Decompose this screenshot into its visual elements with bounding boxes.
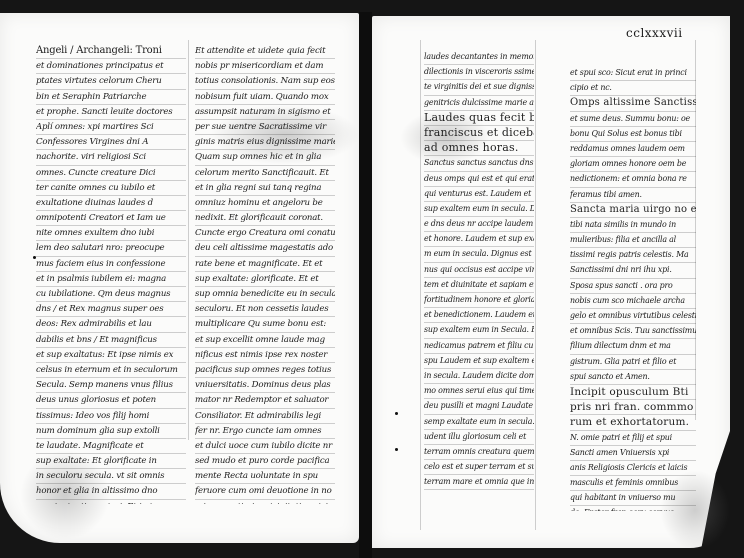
text-line: mulieribus: filia et ancilla al: [570, 233, 696, 248]
text-line: sup omnia benedicite eu in secula: [195, 287, 335, 302]
text-line: deos: Rex admirabilis et lau: [36, 317, 186, 332]
text-line: m eum in secula. Dignus est ag: [424, 247, 534, 262]
right-page-column-1: laudes decantantes in memoria dilectioni…: [424, 50, 534, 490]
text-line: vniuersitatis. Dominus deus plas: [195, 378, 335, 393]
text-line: omniuz hominu et angeloru be: [195, 196, 335, 211]
text-line: omnipotenti creatori. Et in terra: [36, 500, 186, 504]
left-page-column-1: Angeli / Archangeli: Troni et domination…: [36, 44, 186, 504]
text-line: et sup exaltatus: Et ipse nimis ex: [36, 348, 186, 363]
text-line: et sume deus. Summu bonu: oe: [570, 112, 696, 127]
text-line: fortitudinem honore et gloriam: [424, 293, 534, 308]
text-line: et benedictionem. Laudem et: [424, 308, 534, 323]
text-line: sed mudo et puro corde pacifica: [195, 454, 335, 469]
text-line: dabilis et bns / Et magnificus: [36, 333, 186, 348]
text-line: in secula. Laudem dicite domino: [424, 369, 534, 384]
text-line: Angeli / Archangeli: Troni: [36, 44, 186, 59]
text-line: filium dilectum dnm et ma: [570, 339, 696, 354]
text-line: sup exaltate: Et glorificate in: [36, 454, 186, 469]
text-line: Aplí omnes: xpi martires Sci: [36, 120, 186, 135]
text-line: sup exaltem eum in secula. Dign: [424, 202, 534, 217]
text-line: et honore. Laudem et sup exalte: [424, 232, 534, 247]
text-line: omnes. Cuncte creature Dici: [36, 166, 186, 181]
text-line: gelo et omnibus virtutibus celestibus: [570, 309, 696, 324]
text-line: Quam sup omnes hic et in glia: [195, 150, 335, 165]
text-line: deus unus gloriosus et poten: [36, 393, 186, 408]
text-line: nedixit. Et glorificauit coronat.: [195, 211, 335, 226]
incipit-heading: Incipit opusculum Bti: [570, 385, 696, 400]
text-line: anis Religiosis Clericis et laicis: [570, 461, 696, 476]
text-line: udent illu gloriosum celi et: [424, 430, 534, 445]
text-line: nedictionem: et omnia bona re: [570, 172, 696, 187]
text-line: genitricis dulcissime marie ame: [424, 96, 534, 111]
text-line: N. omie patri et filij et spui: [570, 431, 696, 446]
text-line: sup exaltate: glorificate. Et et: [195, 272, 335, 287]
text-line: deu pusilli et magni Laudate eu: [424, 399, 534, 414]
text-line: feruore cum omi deuotione in no: [195, 484, 335, 499]
text-line: assumpsit naturam in sigismo et: [195, 105, 335, 120]
text-line: Consiliator. Et admirabilis legi: [195, 409, 335, 424]
text-line: reddamus omnes laudem oem: [570, 142, 696, 157]
text-line: sup exaltem eum in Secula. Be: [424, 323, 534, 338]
text-line: spu Laudem et sup exaltem eu: [424, 354, 534, 369]
text-line: nificus est nimis ipse rex noster: [195, 348, 335, 363]
text-line: deus omps qui est et qui erat et: [424, 172, 534, 187]
text-line: Sanctissimi dni nri ihu xpi.: [570, 263, 696, 278]
text-line: rate bene et magnificate. Et et: [195, 257, 335, 272]
ruling-line: [420, 40, 421, 530]
ruling-line: [535, 40, 536, 530]
text-line: nobisum fuit uiam. Quando mox: [195, 90, 335, 105]
text-line: omnipotenti Creatori et Iam ue: [36, 211, 186, 226]
text-line: mus faciem eius in confessione: [36, 257, 186, 272]
text-line: bonu Qui Solus est bonus tibi: [570, 127, 696, 142]
text-line: et omnibus Scis. Tuu sanctissimu: [570, 324, 696, 339]
text-line: cu iubilatione. Qm deus magnus: [36, 287, 186, 302]
text-line: nedicamus patrem et filiu cu Sco: [424, 339, 534, 354]
text-line: mo omnes serui eius qui timet: [424, 384, 534, 399]
text-line: masculis et feminis omnibus: [570, 476, 696, 491]
text-line: celorum merito Sanctificauit. Et: [195, 166, 335, 181]
text-line: nobis cum sco michaele archa: [570, 294, 696, 309]
text-line: per sue uentre Sacratissime vir: [195, 120, 335, 135]
text-line: tem et diuinitate et sapiam et: [424, 278, 534, 293]
section-initial-line: Omps altissime Sanctissime: [570, 96, 696, 111]
text-line: in seculoru secula. vt sit omnis: [36, 469, 186, 484]
text-line: lem deo salutari nro: preocupe: [36, 241, 186, 256]
text-line: te virginitis dei et sue dignissime: [424, 80, 534, 95]
text-line: qui habitant in vniuerso mu: [570, 491, 696, 506]
text-line: tissimi regis patris celestis. Ma: [570, 248, 696, 263]
text-line: e dns deus nr accipe laudem glia: [424, 217, 534, 232]
text-line: Sposa spus sancti . ora pro: [570, 279, 696, 294]
text-line: dns / et Rex magnus super oes: [36, 302, 186, 317]
text-line: Confessores Virgines dni A: [36, 135, 186, 150]
text-line: ginis matris eius dignissime marie: [195, 135, 335, 150]
text-line: do. Frater fran eoru seruus: [570, 506, 696, 511]
text-line: nobis pr misericordiam et dam: [195, 59, 335, 74]
text-line: gloriam omnes honore oem be: [570, 157, 696, 172]
text-line: et prophe. Sancti leuite doctores: [36, 105, 186, 120]
text-line: mine sanctissime trinitatis patris: [195, 500, 335, 504]
book-gutter: [359, 12, 372, 558]
text-line: laudes decantantes in memoria: [424, 50, 534, 65]
text-line: et dominationes principatus et: [36, 59, 186, 74]
text-line: deu celi altissime magestatis ado: [195, 241, 335, 256]
text-line: semp exaltate eum in secula. La: [424, 415, 534, 430]
text-line: et dulci uoce cum iubilo dicite nr: [195, 439, 335, 454]
text-line: mente Recta uoluntate in spu: [195, 469, 335, 484]
text-line: bin et Seraphin Patriarche: [36, 90, 186, 105]
text-line: et in glia regni sui tanq regina: [195, 181, 335, 196]
text-line: honor et glia in altissimo dno: [36, 484, 186, 499]
text-line: celo est et super terram et subtus: [424, 460, 534, 475]
text-line: Et attendite et uidete quia fecit: [195, 44, 335, 59]
text-line: et spui sco: Sicut erat in princi: [570, 66, 696, 81]
text-line: dilectionis in visceroris ssime ama: [424, 65, 534, 80]
incipit-heading: pris nri fran. commmo: [570, 400, 696, 415]
text-line: exultatione diuinas laudes d: [36, 196, 186, 211]
rubric-heading: ad omnes horas.: [424, 141, 534, 156]
text-line: spui sancto et Amen.: [570, 370, 696, 385]
incipit-heading: rum et exhortatorum.: [570, 415, 696, 430]
text-line: ptates virtutes celorum Cheru: [36, 74, 186, 89]
section-initial-line: Sancta maria uirgo no est: [570, 203, 696, 218]
text-line: Cuncte ergo Creatura omi conatu: [195, 226, 335, 241]
text-line: te laudate. Magnificate et: [36, 439, 186, 454]
text-line: celsus in eternum et in seculorum: [36, 363, 186, 378]
text-line: Sanctus sanctus sanctus dns: [424, 156, 534, 171]
right-page-column-2: et spui sco: Sicut erat in princi cipio …: [570, 66, 696, 511]
text-line: mator nr Redemptor et saluator: [195, 393, 335, 408]
text-line: qui venturus est. Laudem et: [424, 187, 534, 202]
rubric-heading: Laudes quas fecit beats: [424, 111, 534, 126]
text-line: Sancti amen Vniuersis xpi: [570, 446, 696, 461]
text-line: fer nr. Ergo cuncte iam omnes: [195, 424, 335, 439]
text-line: multiplicare Qu sume bonu est:: [195, 317, 335, 332]
text-line: feramus tibi amen.: [570, 188, 696, 203]
text-line: cipio et nc.: [570, 81, 696, 96]
text-line: et sup excellit omne laude mag: [195, 333, 335, 348]
text-line: nus qui occisus est accipe virtu: [424, 263, 534, 278]
text-line: tibi nata similis in mundo in: [570, 218, 696, 233]
text-line: seculoru. Et non cessetis laudes: [195, 302, 335, 317]
text-line: gistrum. Glia patri et filio et: [570, 355, 696, 370]
left-page-column-2: Et attendite et uidete quia fecit nobis …: [195, 44, 335, 504]
text-line: nite omnes exultem dno iubi: [36, 226, 186, 241]
text-line: terram omnis creatura quem: [424, 445, 534, 460]
text-line: num dominum glia sup extolli: [36, 424, 186, 439]
text-line: et in psalmis iubilem ei: magna: [36, 272, 186, 287]
text-line: tissimus: Ideo vos filij homi: [36, 409, 186, 424]
text-line: ter canite omnes cu iubilo et: [36, 181, 186, 196]
ruling-line: [188, 40, 189, 440]
text-line: nachorite. viri religiosi Sci: [36, 150, 186, 165]
text-line: totius consolationis. Nam sup eos: [195, 74, 335, 89]
text-line: pacificus sup omnes reges totius: [195, 363, 335, 378]
rubric-heading: franciscus et dicebat eas: [424, 126, 534, 141]
text-line: Secula. Semp manens vnus filius: [36, 378, 186, 393]
text-line: terram mare et omnia que in: [424, 475, 534, 490]
folio-number: cclxxxvii: [626, 26, 683, 40]
ink-dot: [395, 448, 398, 451]
ink-dot: [395, 412, 398, 415]
